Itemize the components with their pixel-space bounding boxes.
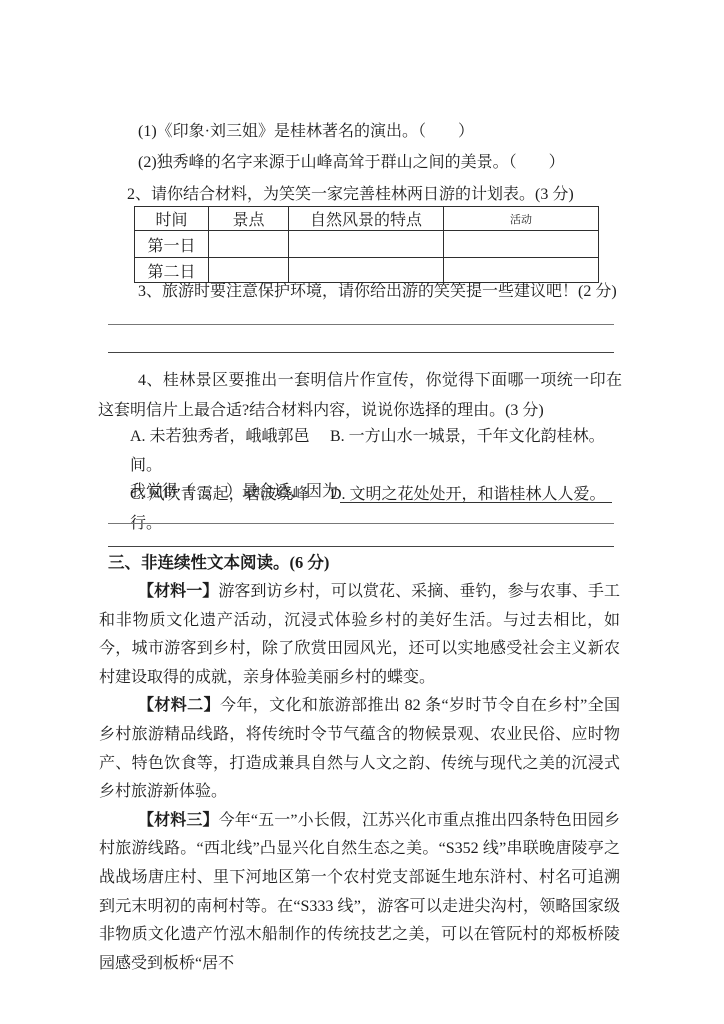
material-1: 【材料一】游客到访乡村，可以赏花、采摘、垂钓，参与农事、手工和非物质文化遗产活动… (99, 578, 620, 692)
material-1-label: 【材料一】 (138, 583, 218, 600)
material-3-label: 【材料三】 (138, 812, 219, 829)
table-header-time: 时间 (135, 207, 209, 231)
material-2-label: 【材料二】 (138, 697, 220, 714)
question-2: 2、请你结合材料，为笑笑一家完善桂林两日游的计划表。(3 分) (127, 184, 574, 206)
answer-blank-underline (340, 481, 612, 503)
question-4-options: A. 未若独秀者，峨峨郭邑间。 B. 一方山水一城景，千年文化韵桂林。 C. 风… (130, 422, 624, 538)
day2-label: 第二日 (135, 258, 209, 283)
answer-line-3 (108, 523, 614, 524)
table-header-activity: 活动 (444, 207, 599, 231)
table-header-scenic-spot: 景点 (209, 207, 289, 231)
answer-line-2 (108, 352, 614, 353)
table-row-day2: 第二日 (135, 258, 599, 283)
day2-features-blank (289, 258, 444, 283)
option-b: B. 一方山水一城景，千年文化韵桂林。 (330, 422, 624, 480)
table-header-scenery-features: 自然风景的特点 (289, 207, 444, 231)
material-3-text: 今年“五一”小长假，江苏兴化市重点推出四条特色田园乡村旅游线路。“西北线”凸显兴… (99, 812, 620, 972)
day2-activity-blank (444, 258, 599, 283)
day1-activity-blank (444, 231, 599, 258)
answer-line-4 (108, 546, 614, 547)
day2-scenic-spot-blank (209, 258, 289, 283)
day1-label: 第一日 (135, 231, 209, 258)
question-4: 4、桂林景区要推出一套明信片作宣传，你觉得下面哪一项统一印在这套明信片上最合适?… (98, 366, 622, 426)
table-header-row: 时间 景点 自然风景的特点 活动 (135, 207, 599, 231)
day1-features-blank (289, 231, 444, 258)
table-row-day1: 第一日 (135, 231, 599, 258)
option-a: A. 未若独秀者，峨峨郭邑间。 (130, 422, 330, 480)
reading-materials: 【材料一】游客到访乡村，可以赏花、采摘、垂钓，参与农事、手工和非物质文化遗产活动… (99, 578, 620, 978)
answer-line-1 (108, 324, 614, 325)
material-2: 【材料二】今年，文化和旅游部推出 82 条“岁时节令自在乡村”全国乡村旅游精品线… (99, 692, 620, 806)
judge-item-1: (1)《印象·刘三姐》是桂林著名的演出。（ ） (138, 121, 474, 143)
judge-item-2: (2)独秀峰的名字来源于山峰高耸于群山之间的美景。（ ） (138, 152, 565, 174)
exam-page: (1)《印象·刘三姐》是桂林著名的演出。（ ） (2)独秀峰的名字来源于山峰高耸… (0, 0, 724, 1024)
section-3-heading: 三、非连续性文本阅读。(6 分) (108, 552, 329, 574)
day1-scenic-spot-blank (209, 231, 289, 258)
question-4-answer-stem-row: 我觉得（ ）最合适，因为 (130, 481, 612, 503)
trip-plan-table: 时间 景点 自然风景的特点 活动 第一日 第二日 (134, 206, 599, 283)
question-3: 3、旅游时要注意保护环境，请你给出游的笑笑提一些建议吧！(2 分) (138, 281, 617, 303)
material-3: 【材料三】今年“五一”小长假，江苏兴化市重点推出四条特色田园乡村旅游线路。“西北… (99, 807, 620, 979)
answer-stem-text: 我觉得（ ）最合适，因为 (130, 481, 338, 503)
